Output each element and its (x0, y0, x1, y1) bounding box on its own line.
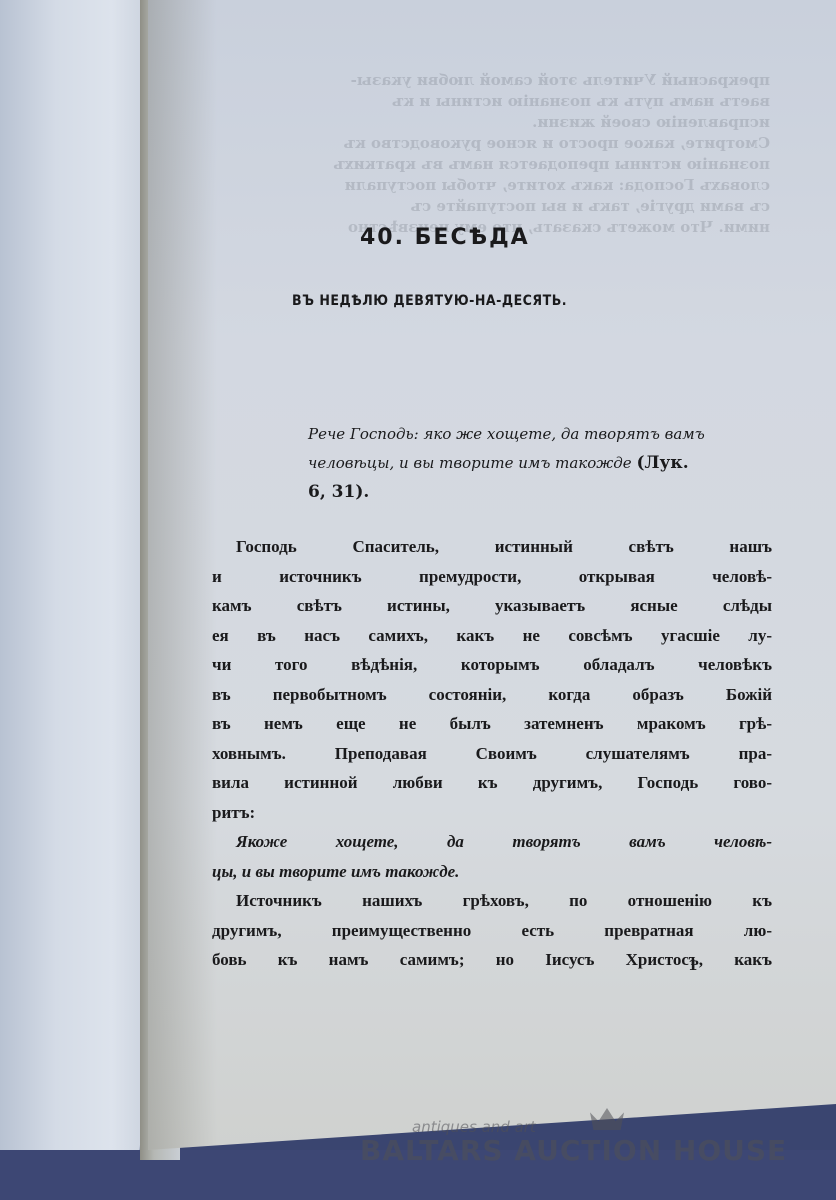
page-content: 40. БЕСѢДА ВЪ НЕДѢЛЮ ДЕВЯТУЮ-НА-ДЕСЯТЬ. … (0, 0, 836, 1200)
body-line: вила истинной любви къ другимъ, Господь … (212, 768, 772, 798)
body-line: другимъ, преимущественно есть превратная… (212, 916, 772, 946)
epigraph-line: Рече Господь: яко же хощете, да творятъ … (308, 420, 798, 449)
body-line: ритъ: (212, 798, 772, 828)
chapter-title: 40. БЕСѢДА (360, 225, 530, 250)
body-line: въ первобытномъ состояніи, когда образъ … (212, 680, 772, 710)
page-number: 1 (688, 958, 698, 974)
quote-line: Якоже хощете, да творятъ вамъ человѣ- (212, 827, 772, 857)
title-text: БЕСѢДА (415, 225, 530, 250)
scripture-reference: (Лук. (636, 453, 688, 473)
scripture-reference-cont: 6, 31). (308, 478, 798, 507)
body-line: Источникъ нашихъ грѣховъ, по отношенію к… (212, 886, 772, 916)
epigraph: Рече Господь: яко же хощете, да творятъ … (308, 420, 798, 507)
body-line: и источникъ премудрости, открывая человѣ… (212, 562, 772, 592)
body-line: въ немъ еще не былъ затемненъ мракомъ гр… (212, 709, 772, 739)
body-line: ховнымъ. Преподавая Своимъ слушателямъ п… (212, 739, 772, 769)
watermark-name: BALTARS AUCTION HOUSE (360, 1134, 787, 1167)
body-line: ея въ насъ самихъ, какъ не совсѣмъ угасш… (212, 621, 772, 651)
quote-line: цы, и вы творите имъ такожде. (212, 857, 772, 887)
body-text: Господь Спаситель, истинный свѣтъ нашъ и… (212, 532, 772, 975)
chapter-subtitle: ВЪ НЕДѢЛЮ ДЕВЯТУЮ-НА-ДЕСЯТЬ. (292, 293, 567, 309)
epigraph-line: человѣцы, и вы творите имъ такожде (Лук. (308, 449, 798, 478)
body-line: Господь Спаситель, истинный свѣтъ нашъ (212, 532, 772, 562)
body-line: камъ свѣтъ истины, указываетъ ясные слѣд… (212, 591, 772, 621)
body-line: чи того вѣдѣнія, которымъ обладалъ челов… (212, 650, 772, 680)
section-number: 40. (360, 225, 405, 250)
crown-icon (590, 1108, 624, 1130)
